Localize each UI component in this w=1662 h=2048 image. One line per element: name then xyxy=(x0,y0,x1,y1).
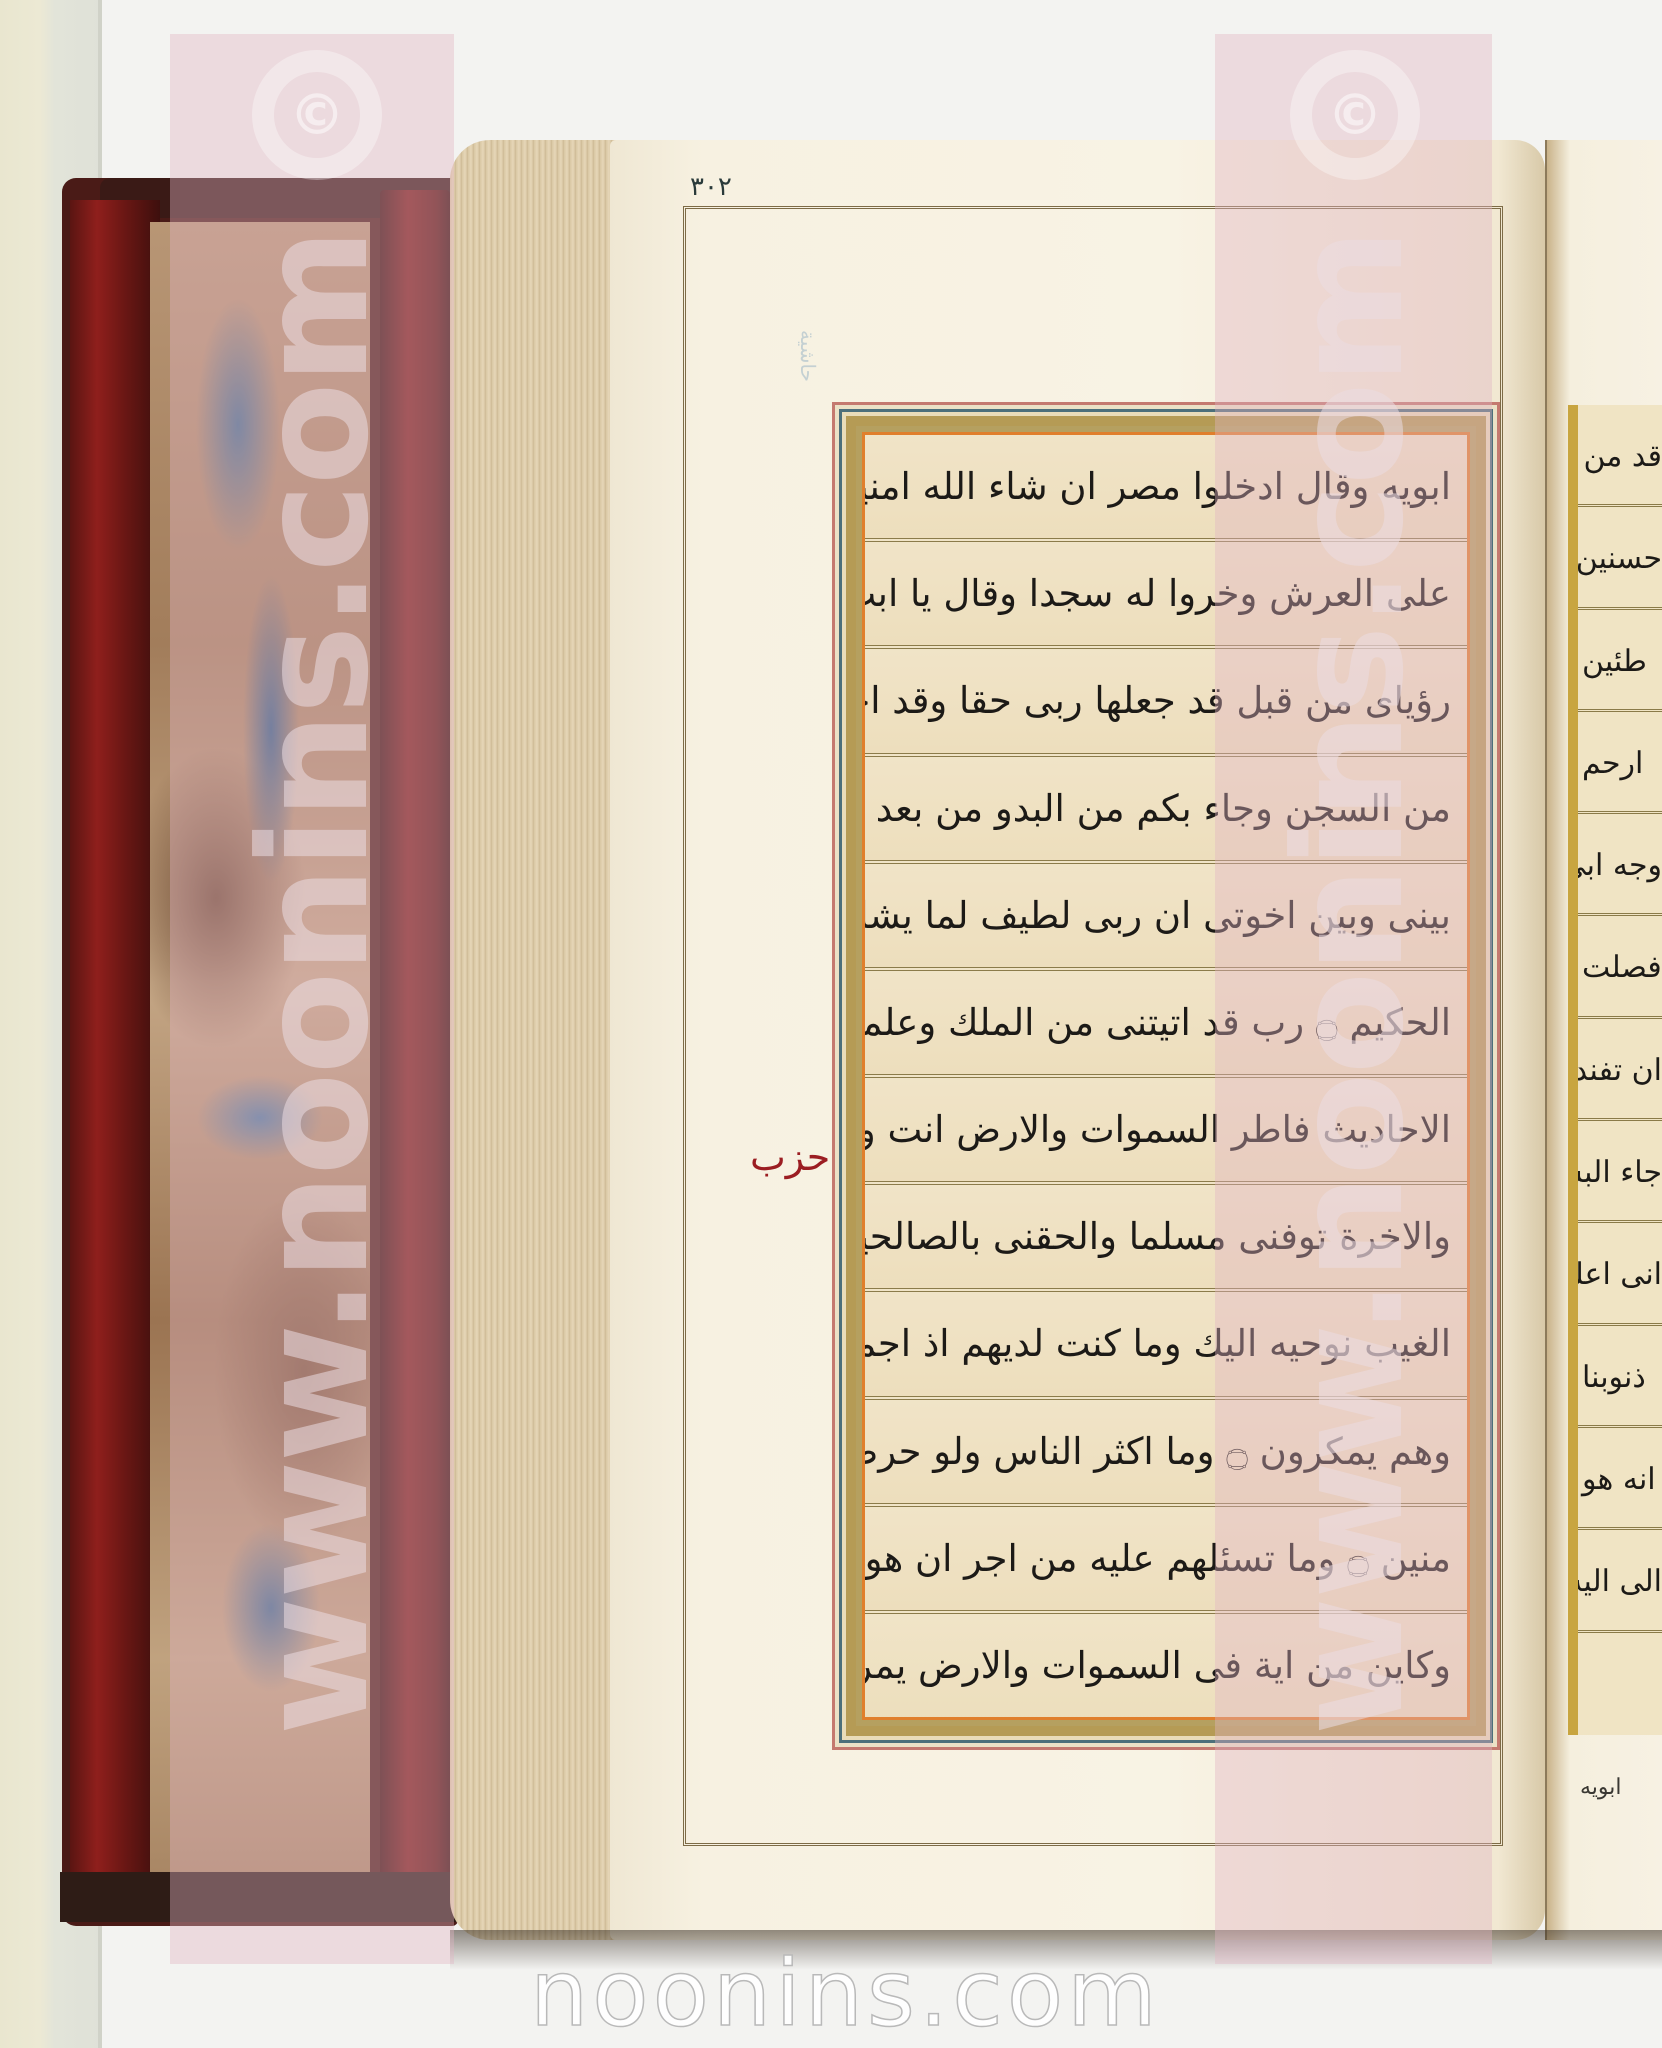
page-number: ٣٠٢ xyxy=(690,172,732,202)
catchword: ابويه xyxy=(1580,1775,1622,1800)
faded-margin-note: حاشية xyxy=(740,330,820,930)
right-text-line: انى اعلم xyxy=(1578,1223,1662,1325)
watermark-vertical-right: www.noonins.com xyxy=(1275,230,1425,1736)
cover-leather-left xyxy=(70,200,160,1900)
copyright-icon: © xyxy=(1290,50,1420,180)
right-text-line: حسنين xyxy=(1578,507,1662,609)
right-text-line: طئين xyxy=(1578,610,1662,712)
right-text-line: فصلت xyxy=(1578,916,1662,1018)
right-text-line: وجه ابى xyxy=(1578,814,1662,916)
right-text-line: انه هو xyxy=(1578,1428,1662,1530)
right-text-line: قد من الله xyxy=(1578,405,1662,507)
right-text-line: الى اليه xyxy=(1578,1530,1662,1632)
page-block-edges xyxy=(450,140,620,1940)
hizb-margin-marker: حزب xyxy=(750,1135,830,1179)
watermark-vertical-left: www.noonins.com xyxy=(240,230,390,1736)
right-text-line: ذنوبنا xyxy=(1578,1326,1662,1428)
right-text-line: ان تفندون xyxy=(1578,1019,1662,1121)
right-text-line: ارحم xyxy=(1578,712,1662,814)
right-text-line: جاء البشير xyxy=(1578,1121,1662,1223)
copyright-icon: © xyxy=(252,50,382,180)
right-page-text-frame: قد من الله حسنين طئين ارحم وجه ابى فصلت … xyxy=(1568,405,1662,1735)
watermark-bottom: noonins.com xyxy=(530,1940,1161,2047)
